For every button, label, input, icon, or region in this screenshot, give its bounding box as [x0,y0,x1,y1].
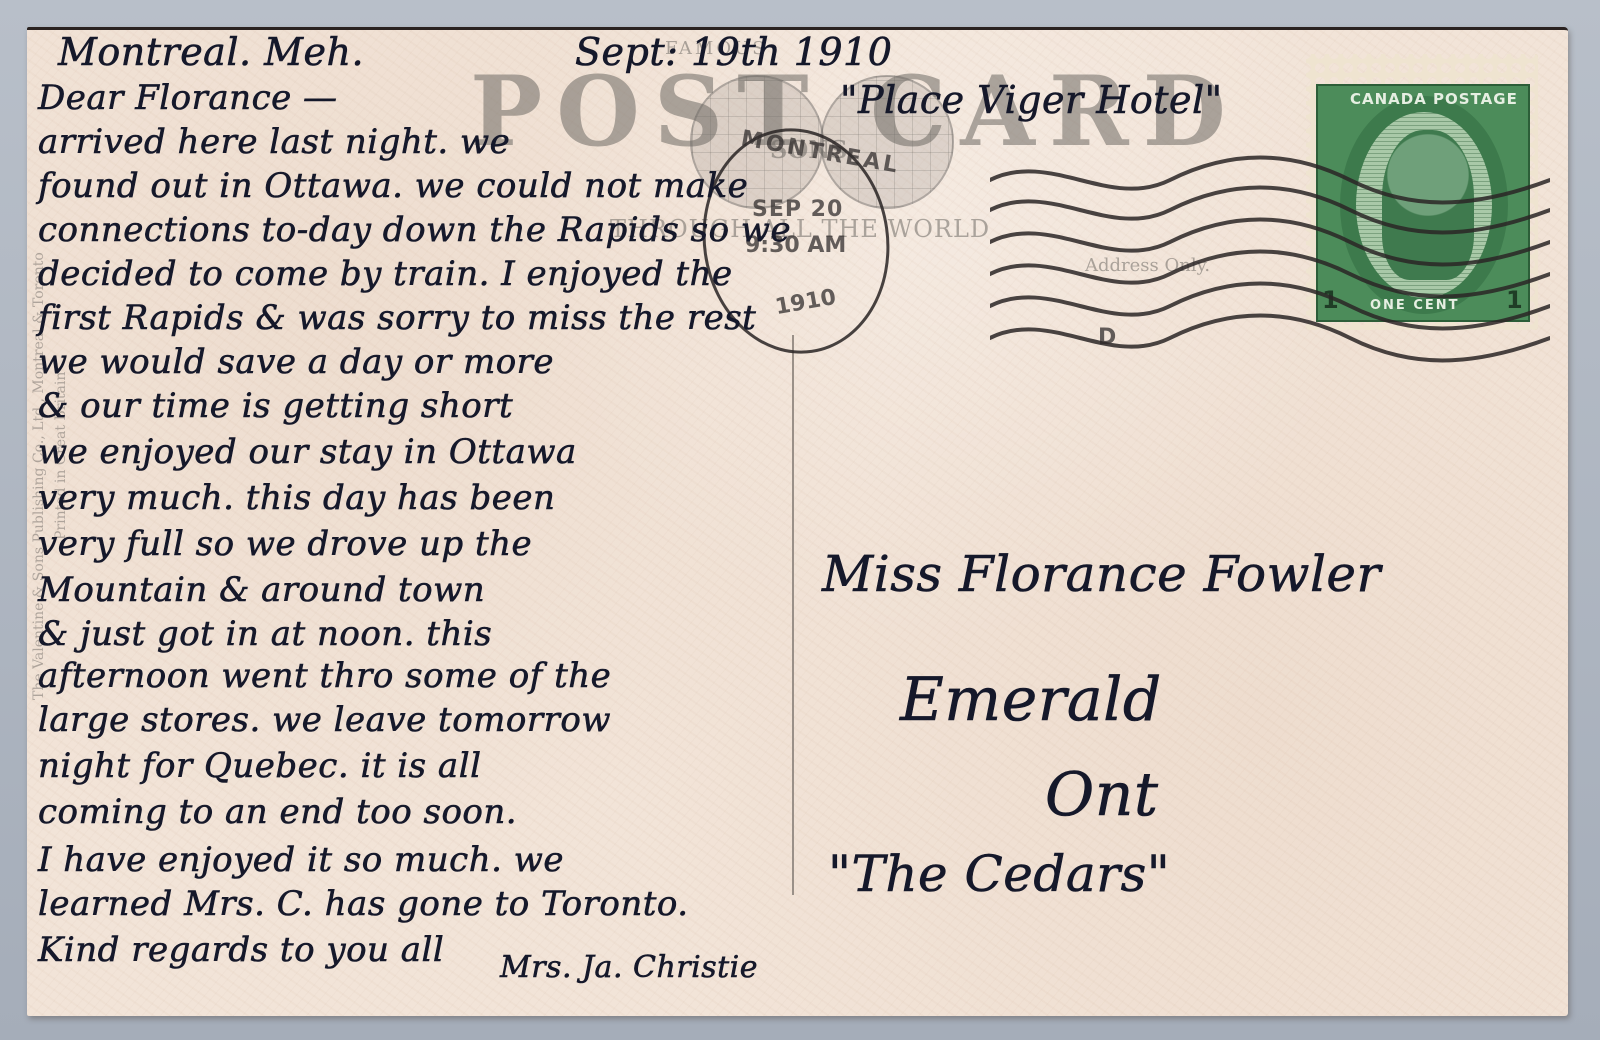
message-line: arrived here last night. we [38,122,510,162]
message-line: connections to-day down the Rapids so we [38,210,791,250]
stamp-country: CANADA POSTAGE [1350,90,1518,108]
message-line: Dear Florance — [38,78,338,118]
message-line: first Rapids & was sorry to miss the res… [38,298,756,338]
message-line: very much. this day has been [38,478,555,518]
address-house: "The Cedars" [828,845,1170,903]
cancellation-waves [990,150,1550,380]
message-line: very full so we drove up the [38,524,532,564]
message-line: we enjoyed our stay in Ottawa [38,432,577,472]
message-line: night for Quebec. it is all [38,746,481,786]
message-line: we would save a day or more [38,342,554,382]
message-place: Montreal. Meh. [58,30,364,74]
message-date: Sept: 19th 1910 [575,30,892,74]
signature: Mrs. Ja. Christie [500,950,758,985]
message-line: found out in Ottawa. we could not make [38,166,748,206]
address-name: Miss Florance Fowler [822,545,1381,603]
message-line: Kind regards to you all [38,930,444,970]
message-hotel: "Place Viger Hotel" [840,78,1223,122]
divider-line [792,335,794,895]
address-province: Ont [1045,760,1158,830]
message-line: I have enjoyed it so much. we [38,840,564,880]
message-line: & just got in at noon. this [38,614,492,654]
message-line: Mountain & around town [38,570,485,610]
message-line: coming to an end too soon. [38,792,517,832]
message-line: decided to come by train. I enjoyed the [38,254,733,294]
message-line: & our time is getting short [38,386,513,426]
address-town: Emerald [900,665,1162,735]
message-line: afternoon went thro some of the [38,656,611,696]
message-line: learned Mrs. C. has gone to Toronto. [38,884,689,924]
message-line: large stores. we leave tomorrow [38,700,611,740]
